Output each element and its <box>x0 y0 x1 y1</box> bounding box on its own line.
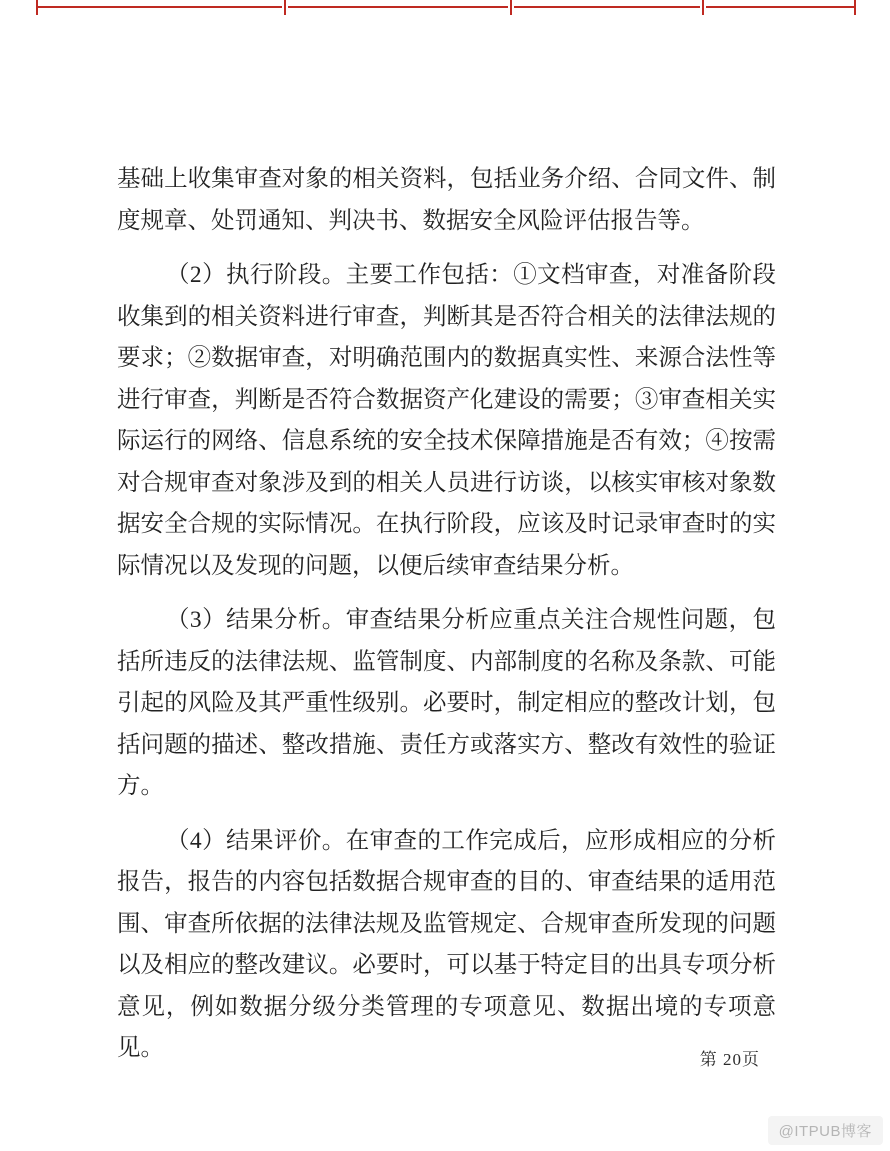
red-border-tick <box>702 0 704 15</box>
page-number: 第 20页 <box>700 1045 760 1070</box>
red-border-segment <box>514 6 700 8</box>
paragraph: 基础上收集审查对象的相关资料，包括业务介绍、合同文件、制度规章、处罚通知、判决书… <box>117 159 776 242</box>
red-border-segment <box>36 6 282 8</box>
paragraph: （3）结果分析。审查结果分析应重点关注合规性问题，包括所违反的法律法规、监管制度… <box>117 600 776 808</box>
red-border-segment <box>706 6 856 8</box>
red-border-tick <box>284 0 286 15</box>
red-border-segment <box>288 6 508 8</box>
document-page: 基础上收集审查对象的相关资料，包括业务介绍、合同文件、制度规章、处罚通知、判决书… <box>0 0 890 1151</box>
red-border-tick <box>36 0 38 15</box>
red-border-tick <box>854 0 856 15</box>
body-text: 基础上收集审查对象的相关资料，包括业务介绍、合同文件、制度规章、处罚通知、判决书… <box>117 159 776 1083</box>
paragraph: （2）执行阶段。主要工作包括：①文档审查，对准备阶段收集到的相关资料进行审查，判… <box>117 255 776 587</box>
paragraph: （4）结果评价。在审查的工作完成后，应形成相应的分析报告，报告的内容包括数据合规… <box>117 821 776 1070</box>
watermark-label: @ITPUB博客 <box>768 1116 883 1145</box>
red-border-tick <box>510 0 512 15</box>
